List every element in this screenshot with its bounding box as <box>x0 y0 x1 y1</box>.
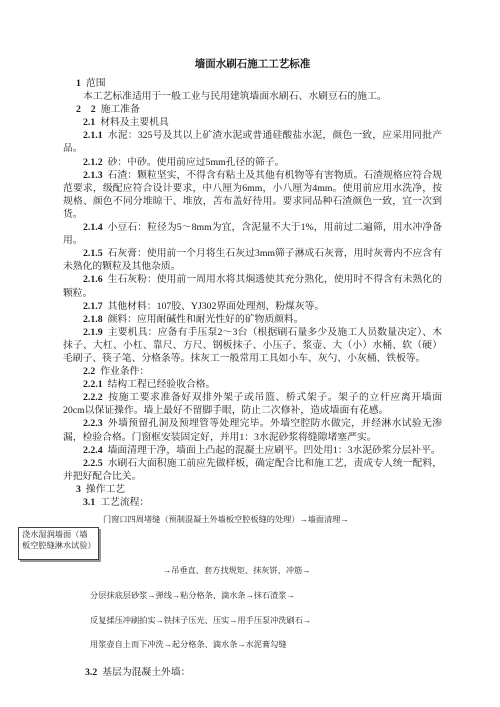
item-2-1-5: 2.1.5石灰膏：使用前一个月将生石灰过3mm筛子淋成石灰膏，用时灰膏内不应含有… <box>63 247 442 273</box>
section-number: 2 2 <box>76 104 96 115</box>
item-2-1-1: 2.1.1水泥：325号及其以上矿渣水泥或普通硅酸盐水泥，颜色一致，应采用同批产… <box>63 129 442 155</box>
item-2-2-4: 2.2.4墙面清理干净，墙面上凸起的混凝土应刷平。凹处用1：3水泥砂浆分层补平。 <box>63 444 442 457</box>
item-text: 结构工程已经验收合格。 <box>108 379 216 390</box>
subsection-2-2: 2.2作业条件： <box>63 365 442 378</box>
paragraph-scope: 本工艺标准适用于一般工业与民用建筑墙面水刷石、水刷豆石的施工。 <box>63 90 442 103</box>
subsection-label: 材料及主要机具 <box>100 117 169 128</box>
item-number: 2.1.3 <box>83 170 103 181</box>
process-flow-diagram: 门窗口四周堵缝（预制混凝土外墙板空腔板缝的处理）→墙面清理→ 浇水湿润墙面（墙板… <box>63 510 442 685</box>
item-text: 其他材料：107胶、YJ302界面处理剂、粉煤灰等。 <box>108 301 325 312</box>
item-number: 2.1.9 <box>83 327 103 338</box>
item-number: 2.1.8 <box>83 314 103 325</box>
section-number: 3 <box>76 484 81 495</box>
item-text: 水泥：325号及其以上矿渣水泥或普通硅酸盐水泥，颜色一致，应采用同批产品。 <box>63 130 442 154</box>
item-2-2-1: 2.2.1结构工程已经验收合格。 <box>63 378 442 391</box>
item-text: 按施工要求准备好双排外架子或吊篮、桥式架子。架子的立杆应离开墙面20cm以保证操… <box>63 392 442 416</box>
section-label: 范围 <box>86 78 106 89</box>
section-3: 3操作工艺 <box>63 483 442 496</box>
item-number: 2.2.5 <box>83 458 103 469</box>
flow-step-plumbing: →吊垂直、套方找规矩、抹灰饼、冲筋→ <box>163 566 310 576</box>
item-text: 砂：中砂。使用前应过5mm孔径的筛子。 <box>108 157 285 168</box>
paragraph-text: 本工艺标准适用于一般工业与民用建筑墙面水刷石、水刷豆石的施工。 <box>83 91 387 102</box>
item-2-1-9: 2.1.9主要机具：应备有手压泵2～3台（根据刷石量多少及施工人员数量决定）、木… <box>63 326 442 365</box>
flow-step-wetting-box: 浇水湿润墙面（墙板空腔缝淋水试验） <box>18 527 99 560</box>
item-2-2-3: 2.2.3外墙预留孔洞及预埋管等处理完毕。外墙空腔防水做完，并经淋水试验无渗漏，… <box>63 417 442 443</box>
flow-step-rinsing: 用浆壶自上而下冲洗→起分格条、滴水条→水泥膏勾缝 <box>90 640 287 650</box>
item-text: 外墙预留孔洞及预埋管等处理完毕。外墙空腔防水做完，并经淋水试验无渗漏，检验合格。… <box>63 418 442 442</box>
section-1: 1范围 <box>63 77 442 90</box>
item-number: 2.1.2 <box>83 157 103 168</box>
subsection-number: 2.2 <box>83 366 95 377</box>
section-label: 操作工艺 <box>86 484 125 495</box>
document-content: 墙面水刷石施工工艺标准 1范围 本工艺标准适用于一般工业与民用建筑墙面水刷石、水… <box>63 58 442 685</box>
item-text: 主要机具：应备有手压泵2～3台（根据刷石量多少及施工人员数量决定）、木抹子、大杠… <box>63 327 442 364</box>
item-2-1-2: 2.1.2砂：中砂。使用前应过5mm孔径的筛子。 <box>63 156 442 169</box>
item-text: 墙面清理干净，墙面上凸起的混凝土应刷平。凹处用1：3水泥砂浆分层补平。 <box>108 445 441 456</box>
item-number: 2.1.1 <box>83 130 103 141</box>
item-2-1-3: 2.1.3石渣：颗粒坚实，不得含有粘土及其他有机物等有害物质。石渣规格应符合规范… <box>63 169 442 221</box>
flow-step-base-coat: 分层抹底层砂浆→弹线→粘分格条、滴水条→抹石渣浆→ <box>90 591 295 601</box>
item-2-1-7: 2.1.7其他材料：107胶、YJ302界面处理剂、粉煤灰等。 <box>63 300 442 313</box>
item-2-1-4: 2.1.4小豆石：粒径为5～8mm为宜，含泥量不大于1%，用前过二遍筛，用水冲净… <box>63 221 442 247</box>
flow-step-pressing: 反复揉压冲刷拍实→铁抹子压光、压实→用手压泵冲洗刷石→ <box>90 616 311 626</box>
item-2-2-2: 2.2.2按施工要求准备好双排外架子或吊篮、桥式架子。架子的立杆应离开墙面20c… <box>63 391 442 417</box>
item-2-1-8: 2.1.8颜料：应用耐碱性和耐光性好的矿物质颜料。 <box>63 313 442 326</box>
item-number: 2.2.3 <box>83 418 103 429</box>
item-number: 2.2.2 <box>83 392 103 403</box>
item-number: 2.1.6 <box>83 274 103 285</box>
item-text: 水刷石大面积施工前应先做样板，确定配合比和施工艺，责成专人统一配料，并把好配合比… <box>63 458 442 482</box>
section-number: 1 <box>76 78 81 89</box>
item-text: 颜料：应用耐碱性和耐光性好的矿物质颜料。 <box>108 314 304 325</box>
page-title: 墙面水刷石施工工艺标准 <box>63 58 442 71</box>
subsection-2-1: 2.1材料及主要机具 <box>63 116 442 129</box>
subsection-3-1: 3.1工艺流程： <box>63 496 442 509</box>
item-number: 2.2.1 <box>83 379 103 390</box>
item-text: 石灰膏：使用前一个月将生石灰过3mm筛子淋成石灰膏，用时灰膏内不应含有未熟化的颗… <box>63 248 442 272</box>
subsection-label: 工艺流程： <box>100 497 149 508</box>
section-2: 2 2施工准备 <box>63 103 442 116</box>
subsection-number: 3.2 <box>85 667 97 678</box>
item-number: 2.2.4 <box>83 445 103 456</box>
item-number: 2.1.4 <box>83 222 103 233</box>
item-text: 小豆石：粒径为5～8mm为宜，含泥量不大于1%，用前过二遍筛，用水冲净备用。 <box>63 222 442 246</box>
section-label: 施工准备 <box>101 104 140 115</box>
subsection-3-2: 3.2基层为混凝土外墙： <box>85 666 190 679</box>
subsection-number: 3.1 <box>83 497 95 508</box>
item-text: 石渣：颗粒坚实，不得含有粘土及其他有机物等有害物质。石渣规格应符合规范要求，级配… <box>63 170 442 220</box>
flow-step-sealing: 门窗口四周堵缝（预制混凝土外墙板空腔板缝的处理）→墙面清理→ <box>103 515 349 525</box>
document-page: 墙面水刷石施工工艺标准 1范围 本工艺标准适用于一般工业与民用建筑墙面水刷石、水… <box>0 0 500 707</box>
item-2-2-5: 2.2.5水刷石大面积施工前应先做样板，确定配合比和施工艺，责成专人统一配料，并… <box>63 457 442 483</box>
item-2-1-6: 2.1.6生石灰粉：使用前一周用水将其焖透使其充分熟化，使用时不得含有未熟化的颗… <box>63 273 442 299</box>
item-number: 2.1.7 <box>83 301 103 312</box>
item-text: 生石灰粉：使用前一周用水将其焖透使其充分熟化，使用时不得含有未熟化的颗粒。 <box>63 274 442 298</box>
item-number: 2.1.5 <box>83 248 103 259</box>
subsection-label: 作业条件： <box>100 366 149 377</box>
subsection-number: 2.1 <box>83 117 95 128</box>
subsection-label: 基层为混凝土外墙： <box>102 667 190 678</box>
